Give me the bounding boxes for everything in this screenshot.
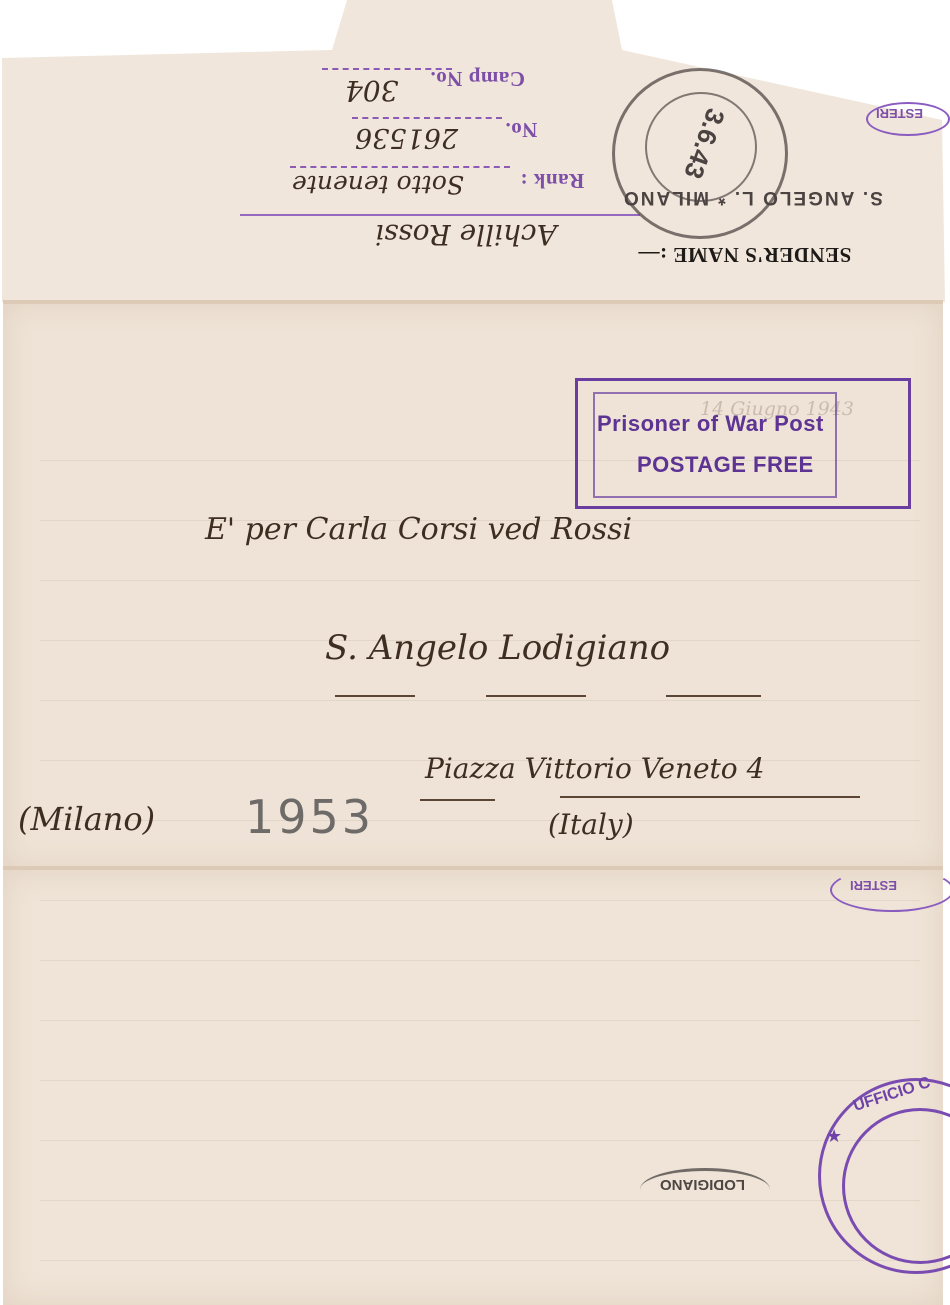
- fold-line-bottom: [3, 866, 943, 870]
- ruled-line: [40, 1140, 920, 1141]
- ruled-line: [40, 1020, 920, 1021]
- postmark-text: S. ANGELO L. * MILANO: [622, 186, 883, 208]
- partial-postmark-text: LODIGIANO: [660, 1176, 745, 1193]
- pencil-number: 1953: [245, 790, 374, 844]
- address-province: (Milano): [18, 800, 155, 838]
- sender-value: Achille Rossi: [375, 218, 557, 251]
- street-underline: [420, 799, 495, 801]
- pow-stamp-line1: Prisoner of War Post: [597, 411, 824, 437]
- rank-dotted-line: [290, 166, 510, 168]
- town-underline: [335, 695, 415, 697]
- camp-value: 304: [345, 74, 398, 107]
- sender-label: SENDER'S NAME :—: [638, 242, 851, 267]
- esteri-stamp-bottom-text: ESTERI: [850, 878, 897, 893]
- pow-stamp-inner-frame: [593, 392, 837, 498]
- star-icon: ★: [826, 1126, 842, 1147]
- ruled-line: [40, 900, 920, 901]
- number-dotted-line: [352, 117, 502, 119]
- camp-dotted-line: [322, 68, 452, 70]
- address-recipient: E' per Carla Corsi ved Rossi: [205, 512, 632, 547]
- fold-line-top: [3, 300, 943, 304]
- address-country: (Italy): [548, 808, 634, 841]
- bottom-panel: [3, 870, 943, 1305]
- ruled-line: [40, 820, 920, 821]
- town-underline: [666, 695, 761, 697]
- rank-label: Rank :: [520, 168, 584, 193]
- pow-stamp-line2: POSTAGE FREE: [637, 452, 814, 478]
- ruled-line: [40, 960, 920, 961]
- town-underline: [486, 695, 586, 697]
- ruled-line: [40, 700, 920, 701]
- sender-line: [240, 214, 640, 216]
- number-value: 261536: [355, 122, 458, 153]
- ruled-line: [40, 1200, 920, 1201]
- rank-value: Sotto tenente: [292, 170, 464, 199]
- esteri-stamp-top-text: ESTERI: [876, 106, 923, 121]
- address-street: Piazza Vittorio Veneto 4: [425, 752, 764, 785]
- ruled-line: [40, 580, 920, 581]
- letter-card: Camp No. 304 No. 261536 Rank : Sotto ten…: [0, 0, 950, 1305]
- ruled-line: [40, 1080, 920, 1081]
- street-underline: [560, 796, 860, 798]
- ruled-line: [40, 1260, 920, 1261]
- address-town: S. Angelo Lodigiano: [325, 628, 670, 668]
- number-label: No.: [505, 117, 537, 142]
